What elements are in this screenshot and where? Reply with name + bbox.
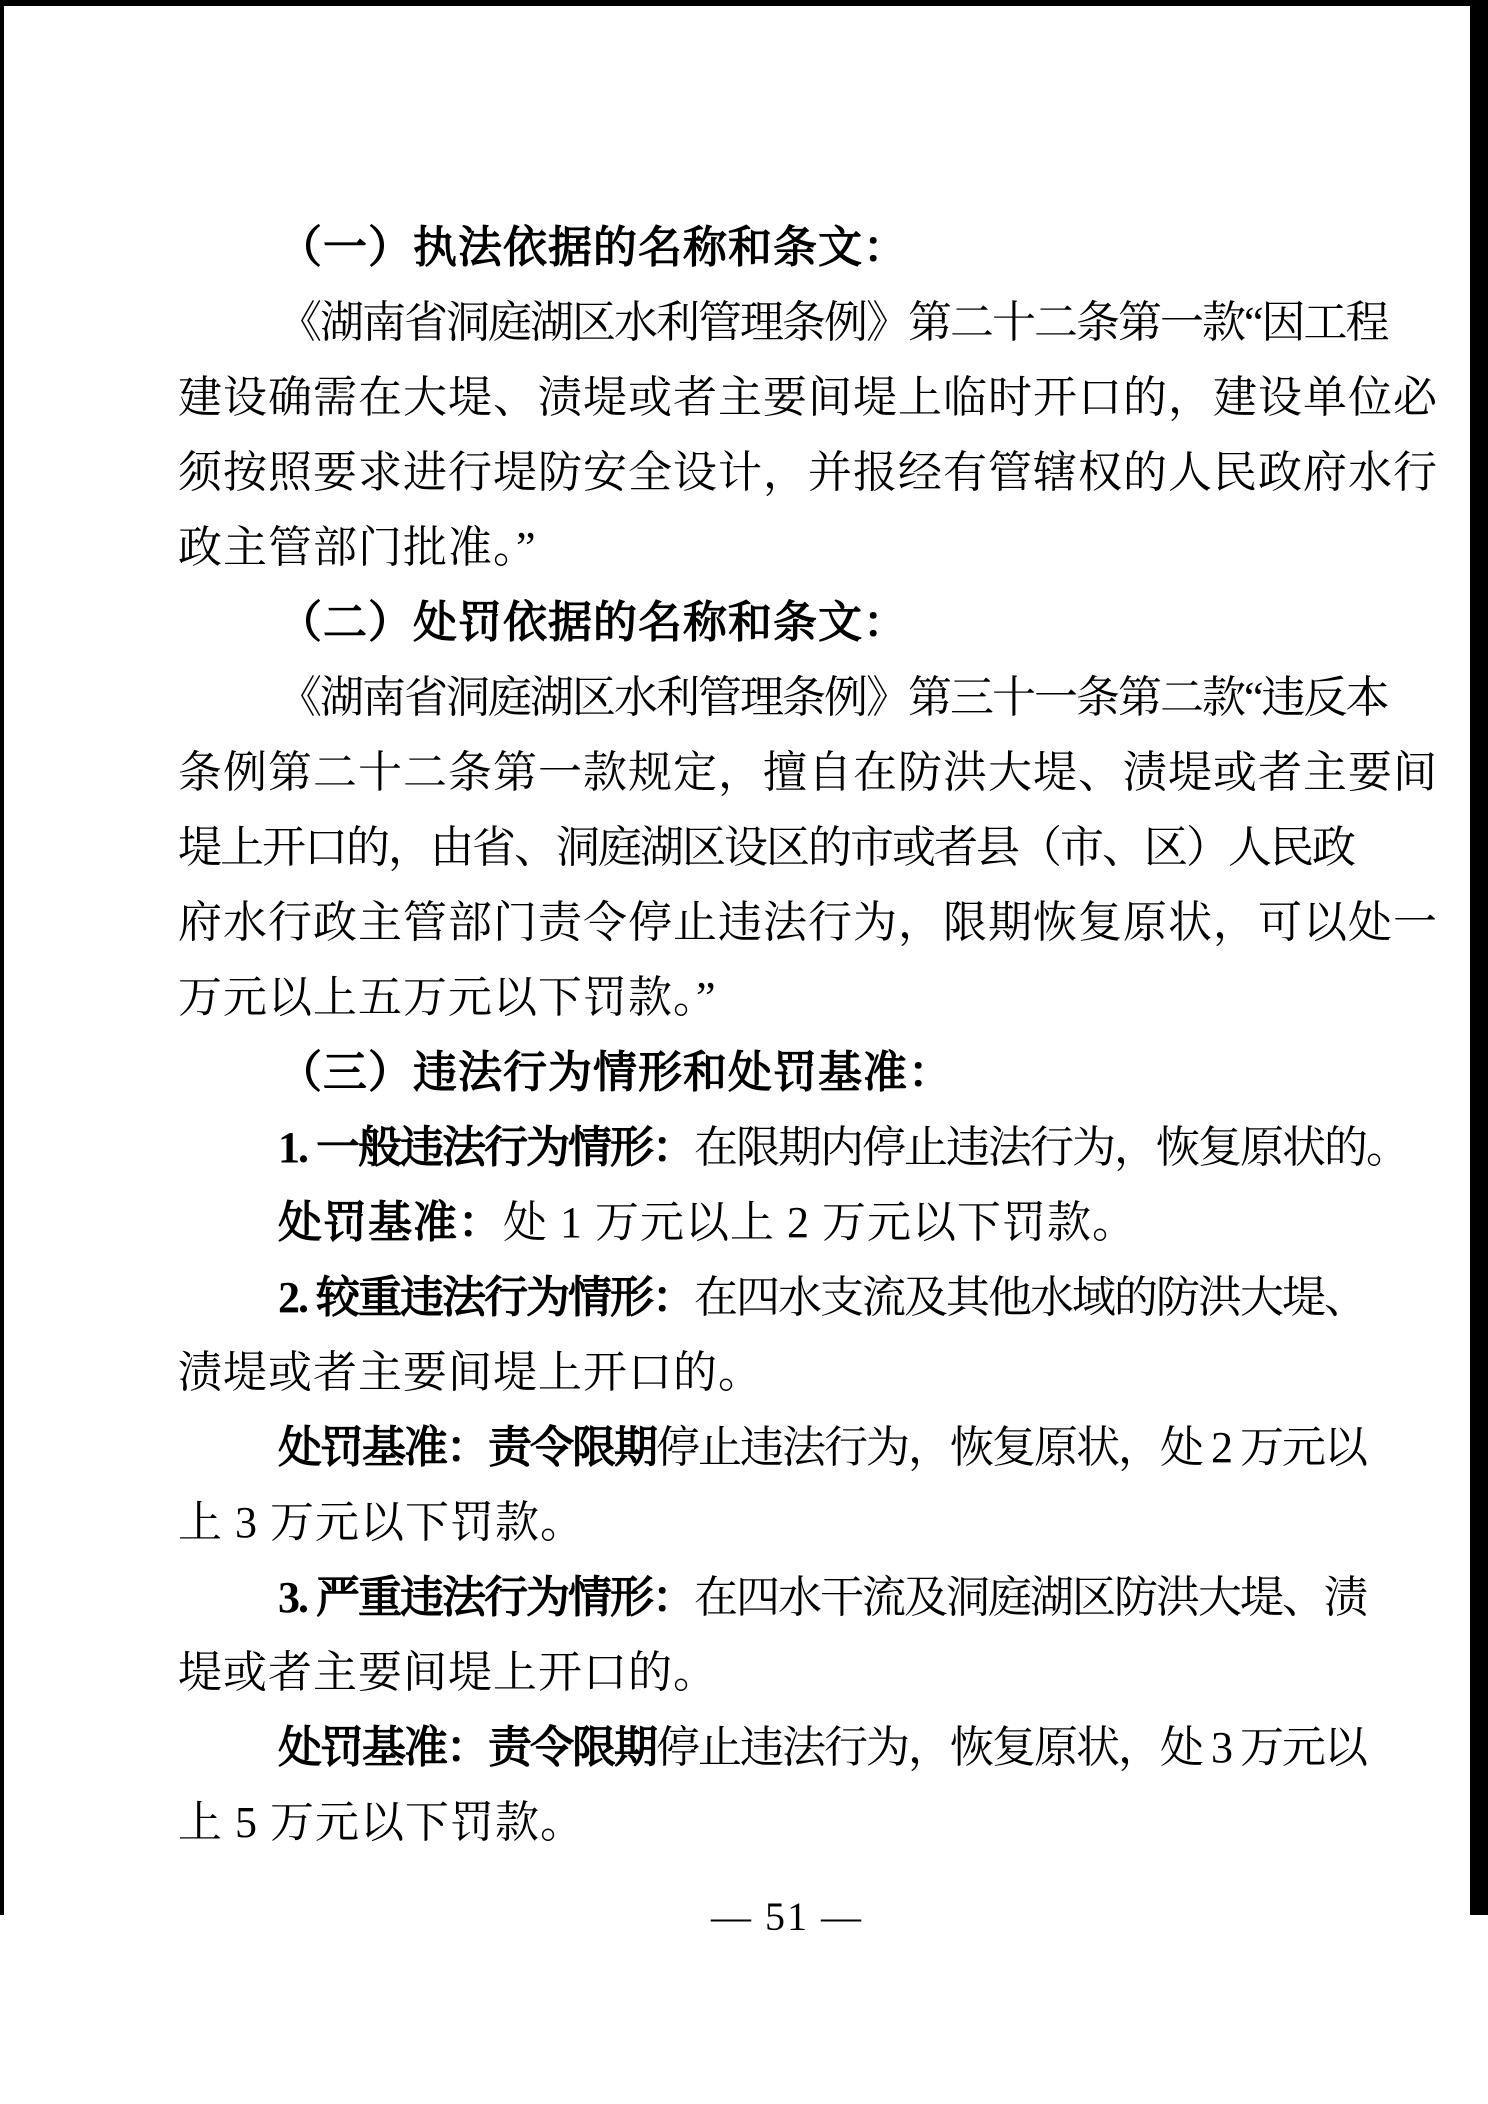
body-text-line: 堤或者主要间堤上开口的。 xyxy=(178,1635,1396,1710)
text-segment: 府水行政主管部门责令停止违法行为，限期恢复原状，可以处一 xyxy=(178,898,1438,947)
bold-text-segment: 处罚基准：责令限期 xyxy=(278,1423,656,1472)
scan-edge-top xyxy=(0,0,1488,6)
body-text-line: 处罚基准：责令限期停止违法行为，恢复原状，处 2 万元以 xyxy=(178,1410,1396,1485)
body-text-line: 万元以上五万元以下罚款。” xyxy=(178,960,1396,1035)
bold-text-segment: （三）违法行为情形和处罚基准： xyxy=(278,1048,953,1097)
body-text-line: 上 5 万元以下罚款。 xyxy=(178,1785,1396,1860)
body-text-line: 1. 一般违法行为情形：在限期内停止违法行为，恢复原状的。 xyxy=(178,1110,1396,1185)
text-segment: 在四水干流及洞庭湖区防洪大堤、渍 xyxy=(694,1573,1366,1622)
text-segment: 停止违法行为，恢复原状，处 2 万元以 xyxy=(656,1423,1366,1472)
body-text-line: 3. 严重违法行为情形：在四水干流及洞庭湖区防洪大堤、渍 xyxy=(178,1560,1396,1635)
text-segment: 万元以上五万元以下罚款。” xyxy=(178,973,717,1022)
body-text-line: 渍堤或者主要间堤上开口的。 xyxy=(178,1335,1396,1410)
body-text-line: 条例第二十二条第一款规定，擅自在防洪大堤、渍堤或者主要间 xyxy=(178,735,1396,810)
bold-text-segment: （一）执法依据的名称和条文： xyxy=(278,223,908,272)
text-segment: 渍堤或者主要间堤上开口的。 xyxy=(178,1348,763,1397)
bold-text-segment: （二）处罚依据的名称和条文： xyxy=(278,598,908,647)
text-segment: 在四水支流及其他水域的防洪大堤、 xyxy=(694,1273,1366,1322)
scan-edge-left xyxy=(0,0,4,1915)
text-segment: 在限期内停止违法行为，恢复原状的。 xyxy=(694,1123,1408,1172)
section-heading-line: （二）处罚依据的名称和条文： xyxy=(178,585,1396,660)
bold-text-segment: 1. 一般违法行为情形： xyxy=(278,1123,694,1172)
body-text-line: 政主管部门批准。” xyxy=(178,510,1396,585)
text-segment: 停止违法行为，恢复原状，处 3 万元以 xyxy=(656,1723,1366,1772)
body-text-line: 《湖南省洞庭湖区水利管理条例》第三十一条第二款“违反本 xyxy=(178,660,1396,735)
bold-text-segment: 2. 较重违法行为情形： xyxy=(278,1273,694,1322)
page-number: — 51 — xyxy=(178,1892,1396,1942)
scanned-document-page: （一）执法依据的名称和条文：《湖南省洞庭湖区水利管理条例》第二十二条第一款“因工… xyxy=(0,0,1488,2104)
section-heading-line: （一）执法依据的名称和条文： xyxy=(178,210,1396,285)
text-segment: 《湖南省洞庭湖区水利管理条例》第二十二条第一款“因工程 xyxy=(278,298,1388,347)
bold-text-segment: 3. 严重违法行为情形： xyxy=(278,1573,694,1622)
bold-text-segment: 处罚基准：责令限期 xyxy=(278,1723,656,1772)
text-segment: 《湖南省洞庭湖区水利管理条例》第三十一条第二款“违反本 xyxy=(278,673,1388,722)
body-text-line: 上 3 万元以下罚款。 xyxy=(178,1485,1396,1560)
text-segment: 上 3 万元以下罚款。 xyxy=(178,1498,585,1547)
scan-edge-right xyxy=(1470,0,1488,1915)
body-text-line: 《湖南省洞庭湖区水利管理条例》第二十二条第一款“因工程 xyxy=(178,285,1396,360)
text-segment: 堤上开口的，由省、洞庭湖区设区的市或者县（市、区）人民政 xyxy=(178,823,1354,872)
text-segment: 须按照要求进行堤防安全设计，并报经有管辖权的人民政府水行 xyxy=(178,448,1438,497)
text-segment: 条例第二十二条第一款规定，擅自在防洪大堤、渍堤或者主要间 xyxy=(178,748,1438,797)
text-segment: 处 1 万元以上 2 万元以下罚款。 xyxy=(503,1198,1137,1247)
body-text-line: 堤上开口的，由省、洞庭湖区设区的市或者县（市、区）人民政 xyxy=(178,810,1396,885)
bold-text-segment: 处罚基准： xyxy=(278,1198,503,1247)
text-segment: 建设确需在大堤、渍堤或者主要间堤上临时开口的，建设单位必 xyxy=(178,373,1438,422)
document-body-text: （一）执法依据的名称和条文：《湖南省洞庭湖区水利管理条例》第二十二条第一款“因工… xyxy=(178,210,1396,1860)
body-text-line: 2. 较重违法行为情形：在四水支流及其他水域的防洪大堤、 xyxy=(178,1260,1396,1335)
text-segment: 政主管部门批准。” xyxy=(178,523,537,572)
body-text-line: 处罚基准：责令限期停止违法行为，恢复原状，处 3 万元以 xyxy=(178,1710,1396,1785)
text-segment: 堤或者主要间堤上开口的。 xyxy=(178,1648,718,1697)
body-text-line: 处罚基准：处 1 万元以上 2 万元以下罚款。 xyxy=(178,1185,1396,1260)
body-text-line: 须按照要求进行堤防安全设计，并报经有管辖权的人民政府水行 xyxy=(178,435,1396,510)
text-segment: 上 5 万元以下罚款。 xyxy=(178,1798,585,1847)
body-text-line: 建设确需在大堤、渍堤或者主要间堤上临时开口的，建设单位必 xyxy=(178,360,1396,435)
section-heading-line: （三）违法行为情形和处罚基准： xyxy=(178,1035,1396,1110)
body-text-line: 府水行政主管部门责令停止违法行为，限期恢复原状，可以处一 xyxy=(178,885,1396,960)
